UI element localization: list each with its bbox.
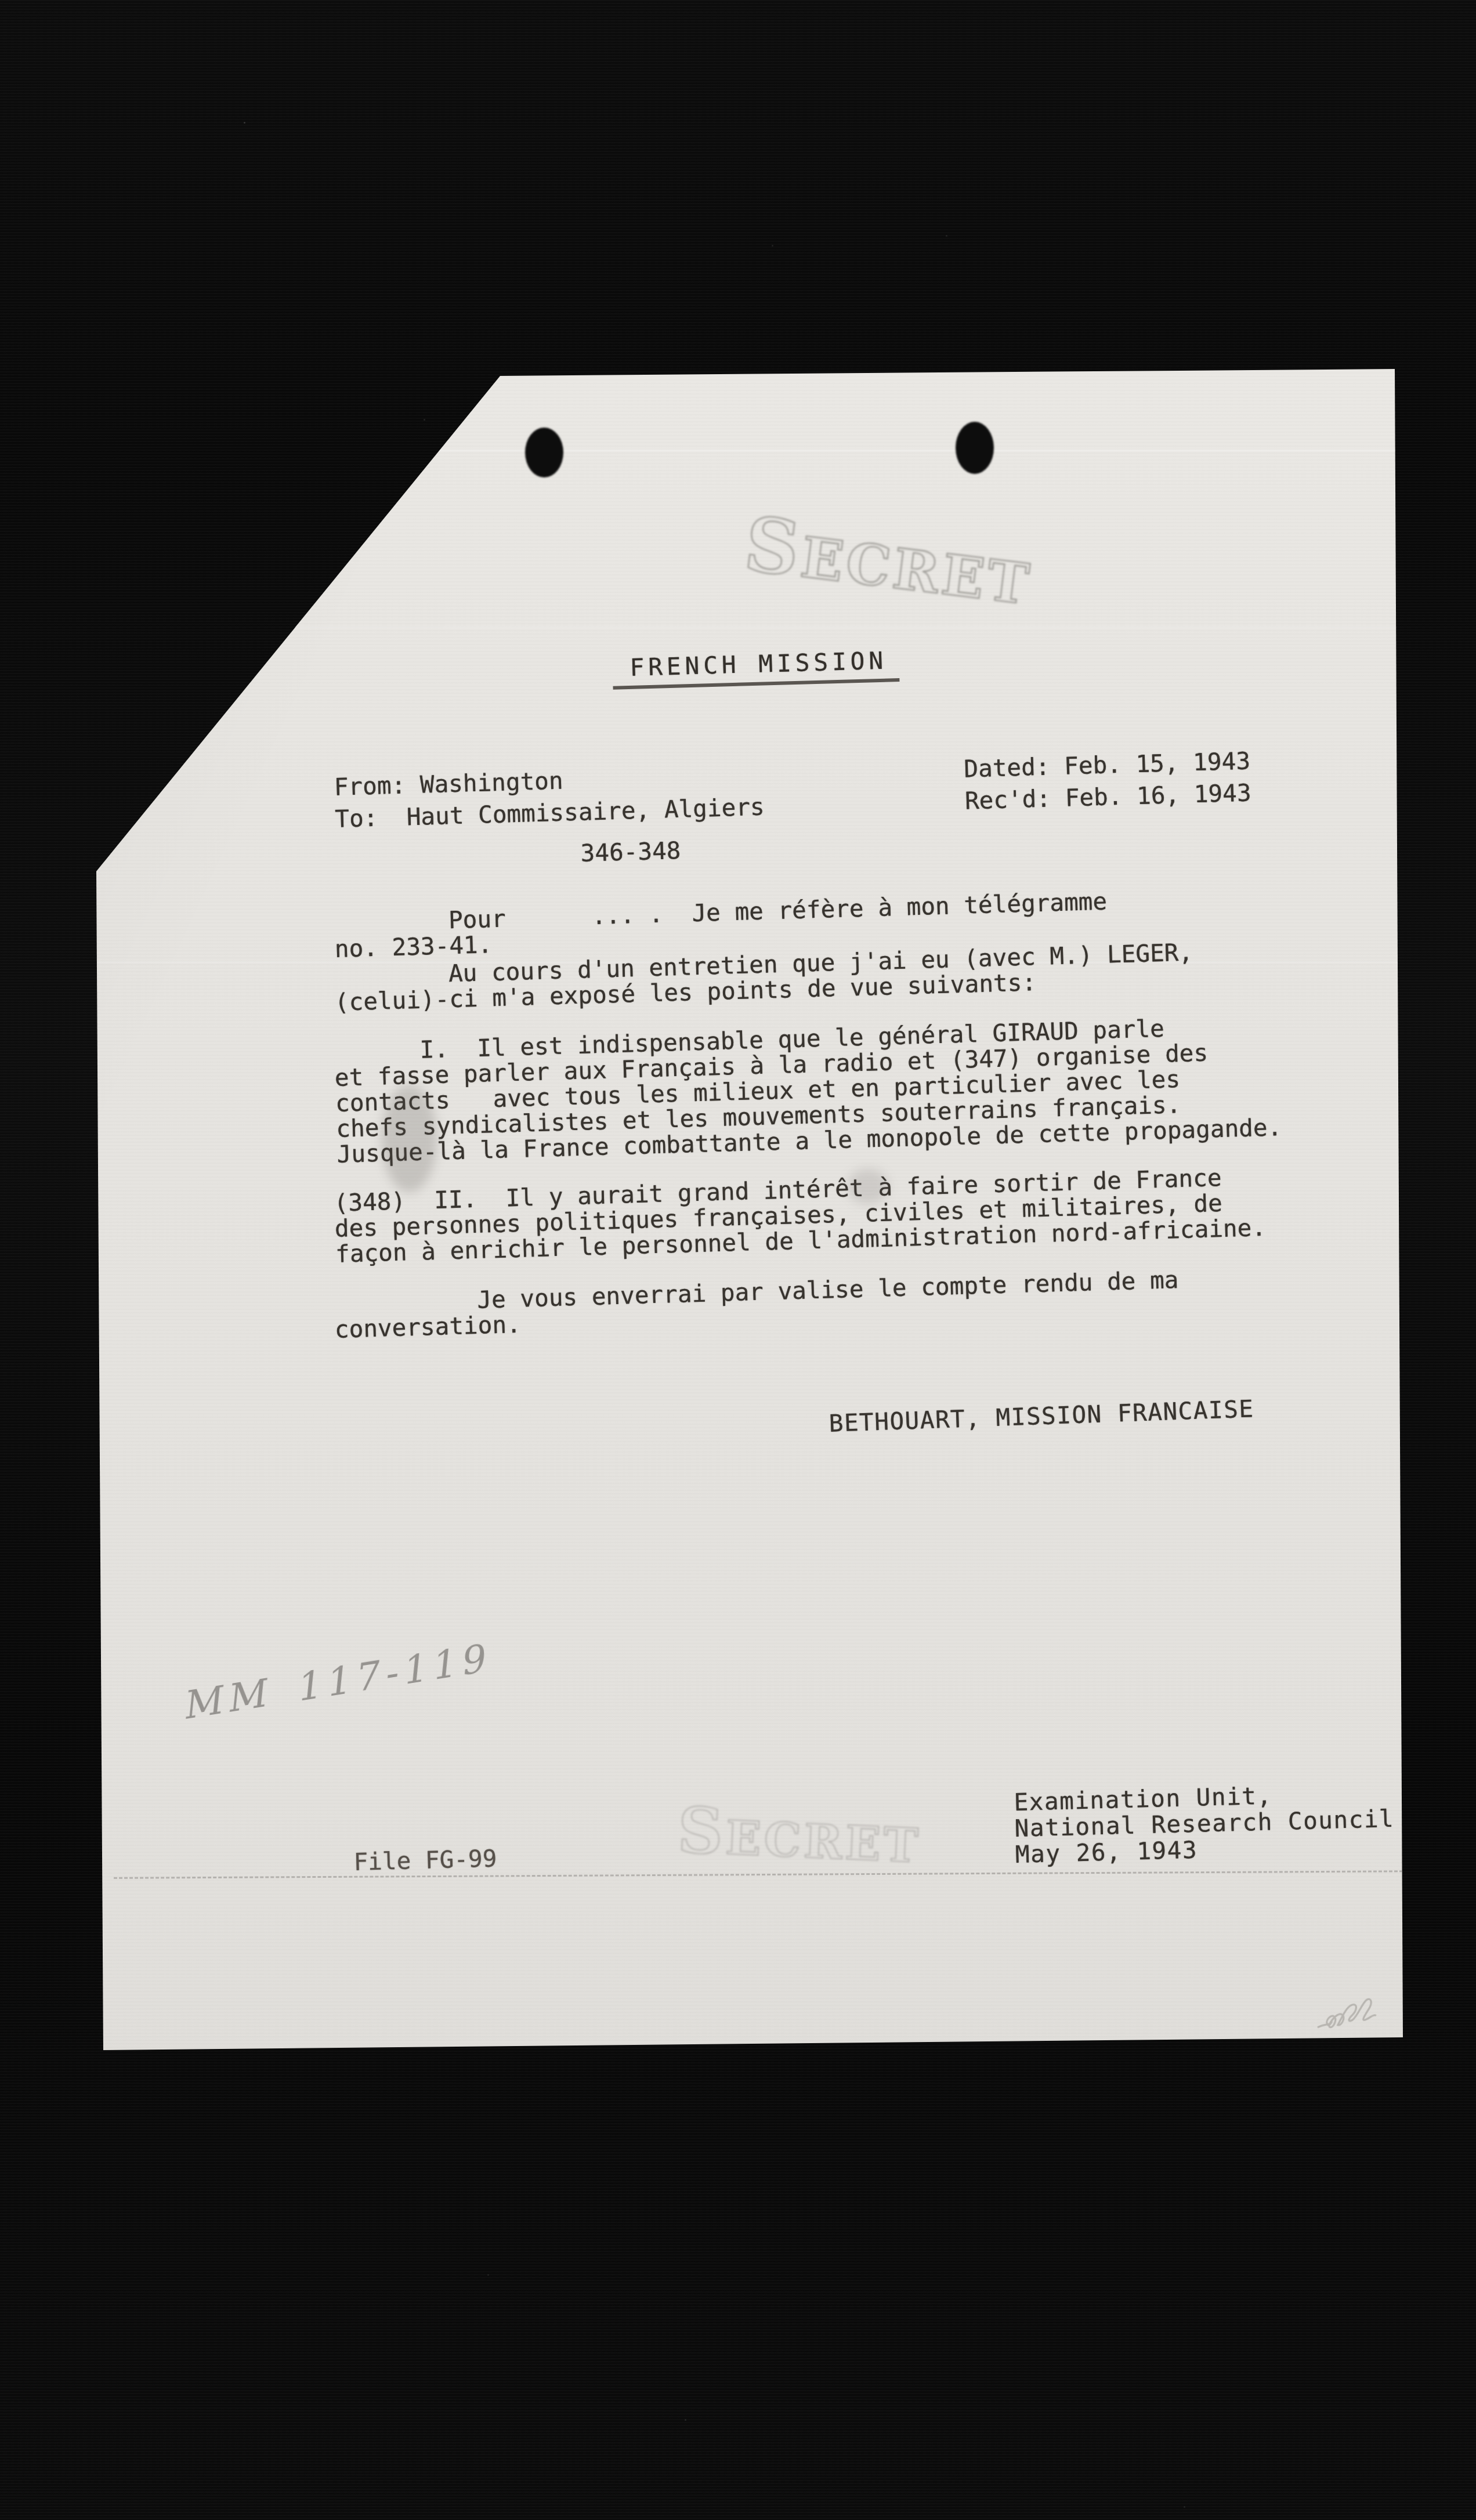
punch-hole-left bbox=[525, 428, 563, 477]
scan-streak bbox=[96, 627, 1404, 628]
secret-stamp-bottom: SECRET bbox=[676, 1794, 923, 1877]
ink-smudge bbox=[382, 1085, 437, 1192]
microfilm-scan-frame: SECRET FRENCH MISSION From: Washington D… bbox=[0, 0, 1476, 2520]
secret-stamp-rest: ECRET bbox=[725, 1811, 922, 1874]
scan-streak bbox=[96, 450, 1404, 451]
paragraph-closing: Je vous enverrai par valise le compte re… bbox=[334, 1267, 1180, 1342]
examination-unit-block: Examination Unit, National Research Coun… bbox=[1014, 1780, 1395, 1868]
signature-line: BETHOUART, MISSION FRANCAISE bbox=[829, 1396, 1254, 1436]
secret-stamp-initial: S bbox=[740, 499, 808, 594]
paragraph-point-two: (348) II. Il y aurait grand intérêt à fa… bbox=[334, 1164, 1267, 1267]
handwritten-reference: MM 117-119 bbox=[183, 1635, 494, 1728]
document-title-block: FRENCH MISSION bbox=[630, 647, 899, 689]
secret-stamp-initial: S bbox=[676, 1794, 728, 1869]
fold-line bbox=[114, 1870, 1413, 1879]
paragraph-point-one: I. Il est indispensable que le général G… bbox=[334, 1012, 1282, 1167]
secret-stamp-rest: ECRET bbox=[797, 524, 1035, 618]
telegram-number: 346-348 bbox=[580, 838, 681, 866]
secret-stamp-top: SECRET bbox=[740, 499, 1037, 622]
pencil-scribble-mark bbox=[1313, 1989, 1392, 2037]
document-title: FRENCH MISSION bbox=[612, 647, 899, 690]
document-page: SECRET FRENCH MISSION From: Washington D… bbox=[96, 365, 1404, 2054]
file-number: File FG-99 bbox=[353, 1846, 497, 1875]
ink-smudge bbox=[848, 1169, 888, 1204]
routing-header: From: Washington Dated: Feb. 15, 1943 To… bbox=[334, 745, 1251, 835]
film-dust-speckles bbox=[244, 122, 245, 124]
punch-hole-right bbox=[956, 422, 994, 474]
